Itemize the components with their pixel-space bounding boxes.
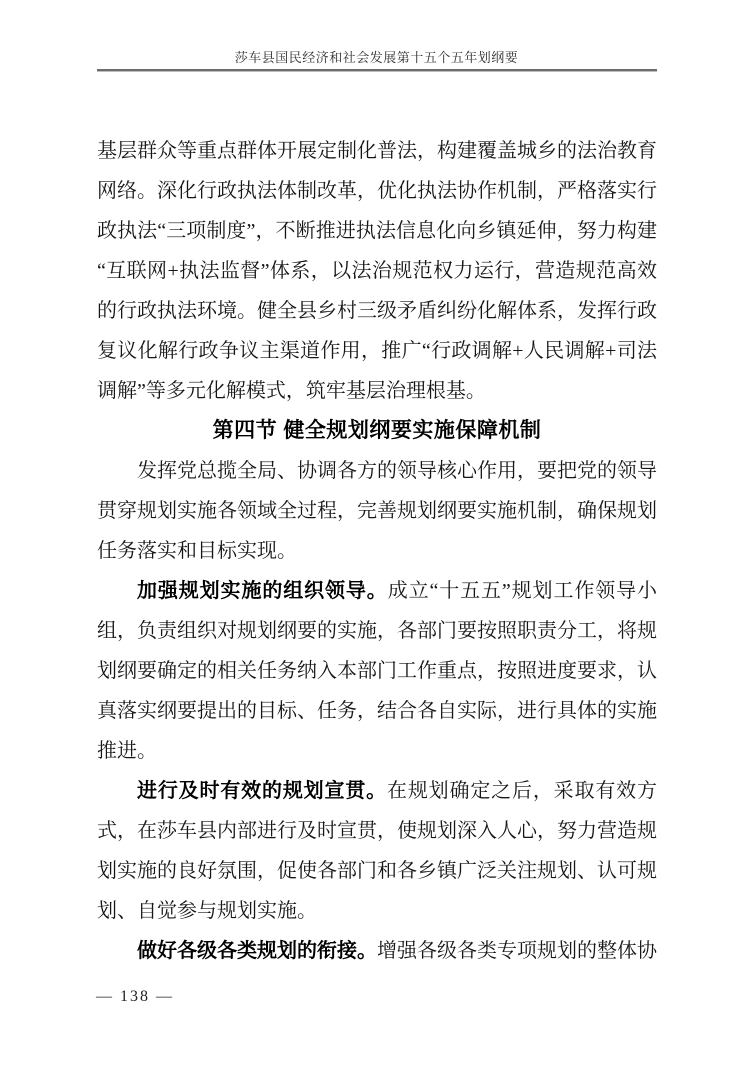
paragraph-text: 基层群众等重点群体开展定制化普法，构建覆盖城乡的法治教育网络。深化行政执法体制改… — [97, 140, 657, 402]
page-number: — 138 — — [96, 988, 174, 1005]
paragraph: 进行及时有效的规划宣贯。在规划确定之后，采取有效方式，在莎车县内部进行及时宣贯，… — [97, 771, 657, 931]
paragraph-bold-lead: 做好各级各类规划的衔接。 — [137, 940, 377, 962]
document-body: 基层群众等重点群体开展定制化普法，构建覆盖城乡的法治教育网络。深化行政执法体制改… — [97, 131, 657, 971]
paragraph-bold-lead: 进行及时有效的规划宣贯。 — [137, 780, 387, 802]
paragraph-text: 成立“十五五”规划工作领导小组，负责组织对规划纲要的实施，各部门要按照职责分工，… — [97, 580, 657, 762]
running-header-title: 莎车县国民经济和社会发展第十五个五年划纲要 — [0, 49, 753, 66]
page-footer: — 138 — — [96, 988, 174, 1006]
paragraph-continuation: 基层群众等重点群体开展定制化普法，构建覆盖城乡的法治教育网络。深化行政执法体制改… — [97, 131, 657, 411]
paragraph: 做好各级各类规划的衔接。增强各级各类专项规划的整体协 — [97, 931, 657, 971]
paragraph: 加强规划实施的组织领导。成立“十五五”规划工作领导小组，负责组织对规划纲要的实施… — [97, 571, 657, 771]
header-divider-line — [97, 69, 657, 72]
document-page: 莎车县国民经济和社会发展第十五个五年划纲要 基层群众等重点群体开展定制化普法，构… — [0, 0, 753, 1066]
paragraph-text: 发挥党总揽全局、协调各方的领导核心作用，要把党的领导贯穿规划实施各领域全过程，完… — [97, 460, 657, 562]
paragraph: 发挥党总揽全局、协调各方的领导核心作用，要把党的领导贯穿规划实施各领域全过程，完… — [97, 451, 657, 571]
paragraph-bold-lead: 加强规划实施的组织领导。 — [137, 580, 388, 602]
paragraph-text: 增强各级各类专项规划的整体协 — [377, 940, 657, 962]
section-heading: 第四节 健全规划纲要实施保障机制 — [97, 411, 657, 451]
